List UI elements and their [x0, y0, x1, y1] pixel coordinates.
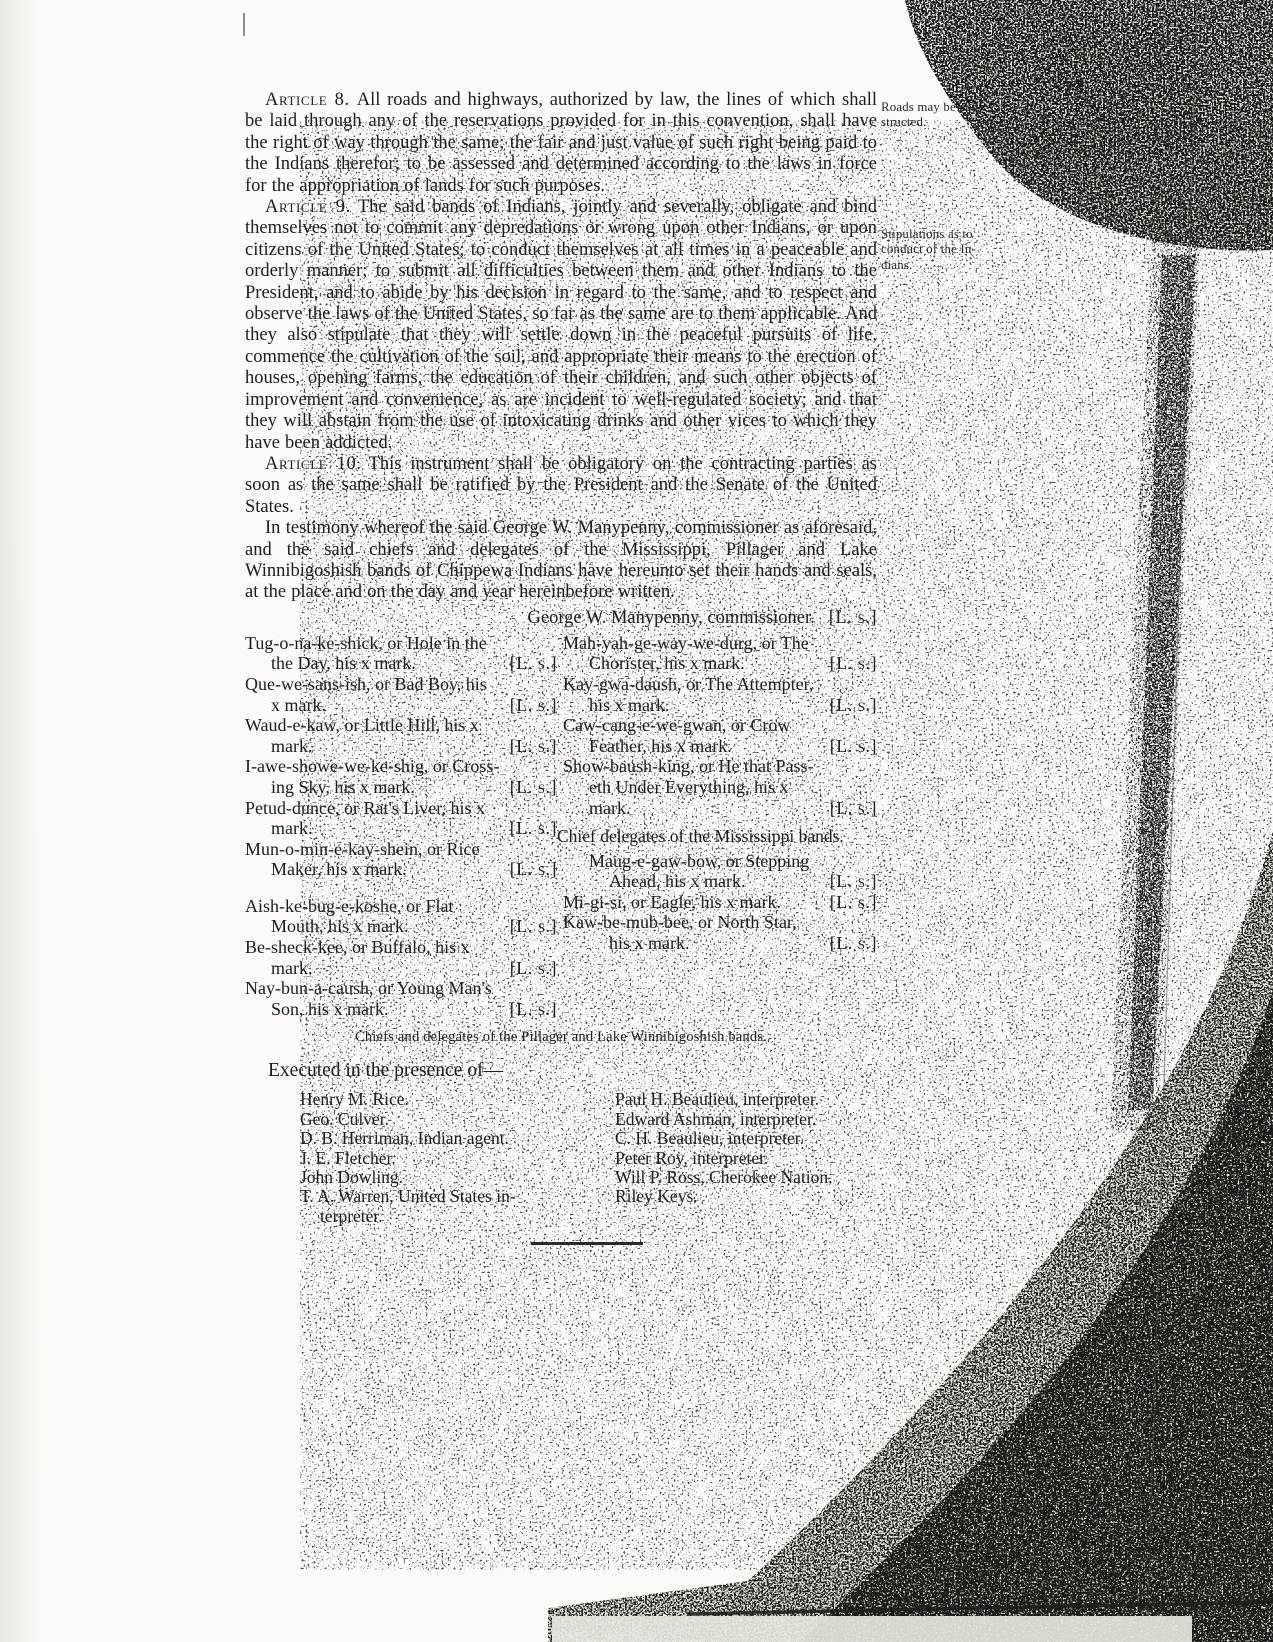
- signature-line: his x mark. [L. s.]: [563, 933, 877, 954]
- commissioner-name: George W. Manypenny, commissioner.: [528, 607, 829, 629]
- signature-line: the Day, his x mark. [L. s.]: [245, 653, 557, 674]
- margin-note-line: dians.: [881, 258, 1027, 273]
- signature-line: ing Sky, his x mark. [L. s.]: [245, 777, 557, 798]
- witness-name: Geo. Culver.: [300, 1109, 389, 1129]
- seal-mark: [L. s.]: [830, 653, 877, 674]
- witness-line: Geo. Culver.: [300, 1110, 615, 1129]
- witness-name: John Dowling.: [300, 1167, 403, 1187]
- signature-line: x mark. [L. s.]: [245, 695, 557, 716]
- signer-name: his x mark.: [609, 933, 690, 954]
- column-gap: [245, 880, 557, 896]
- witness-name: J. E. Fletcher.: [300, 1148, 396, 1168]
- signature-line: mark. [L. s.]: [245, 818, 557, 839]
- witness-line: Paul H. Beaulieu, interpreter.: [615, 1090, 833, 1109]
- signer-name: Waud-e-kaw, or Little Hill, his x: [245, 715, 479, 736]
- section-divider-rule: [531, 1242, 643, 1245]
- margin-note-line: structed.: [881, 115, 1027, 130]
- signature-columns: Tug-o-na-ke-shick, or Hole in the the Da…: [245, 633, 877, 1020]
- signature-line: Mah-yah-ge-way-we-durg, or The: [563, 633, 877, 654]
- signer-name: Que-we-sans-ish, or Bad Boy, his: [245, 674, 487, 695]
- witness-line: D. B. Herriman, Indian agent.: [300, 1129, 615, 1148]
- signature-line: I-awe-showe-we-ke-shig, or Cross-: [245, 756, 557, 777]
- seal-mark: [L. s.]: [510, 695, 557, 716]
- signer-name: Maker, his x mark.: [271, 859, 407, 880]
- witness-line: Peter Roy, interpreter.: [615, 1149, 833, 1168]
- signature-line: Son, his x mark. [L. s.]: [245, 999, 557, 1020]
- main-text-column: Article 8.All roads and highways, author…: [245, 90, 877, 1245]
- signer-name: mark.: [271, 736, 312, 757]
- signature-line: Que-we-sans-ish, or Bad Boy, his: [245, 674, 557, 695]
- signature-line: Aish-ke-bug-e-koshe, or Flat: [245, 896, 557, 917]
- signer-name: Mah-yah-ge-way-we-durg, or The: [563, 633, 809, 654]
- signer-name: Ahead, his x mark.: [609, 871, 745, 892]
- article-paragraph: In testimony whereof the said George W. …: [245, 518, 877, 604]
- scanned-treaty-page: 73 Roads may be con- structed. Stipulati…: [0, 0, 1273, 1642]
- signature-column-left: Tug-o-na-ke-shick, or Hole in the the Da…: [245, 633, 563, 1020]
- witness-name: Will P. Ross, Cherokee Nation.: [615, 1167, 833, 1187]
- signer-name: Kay-gwa-daush, or The Attempter,: [563, 674, 813, 695]
- witness-line: Riley Keys.: [615, 1187, 833, 1206]
- signature-group-mississippi-right: Mah-yah-ge-way-we-durg, or The Chorister…: [563, 633, 877, 818]
- article-text: The said bands of Indians, jointly and s…: [245, 197, 877, 452]
- witness-name: Peter Roy, interpreter.: [615, 1148, 768, 1168]
- witness-name: Paul H. Beaulieu, interpreter.: [615, 1089, 819, 1109]
- seal-mark: [L. s.]: [510, 958, 557, 979]
- signer-name: Mun-o-min-e-kay-shein, or Rice: [245, 839, 479, 860]
- witness-line: Edward Ashman, interpreter.: [615, 1110, 833, 1129]
- witness-line: terpreter.: [300, 1207, 615, 1226]
- witness-name: Henry M. Rice.: [300, 1089, 409, 1109]
- signer-name: mark.: [271, 818, 312, 839]
- seal-mark: [L. s.]: [510, 818, 557, 839]
- signature-line: Show-baush-king, or He that Pass-: [563, 756, 877, 777]
- witness-name: terpreter.: [320, 1206, 383, 1226]
- signer-name: Show-baush-king, or He that Pass-: [563, 756, 813, 777]
- mississippi-bands-caption: Chief delegates of the Mississippi bands…: [557, 826, 877, 847]
- signature-line: Be-sheck-kee, or Buffalo, his x: [245, 937, 557, 958]
- seal-mark: [L. s.]: [830, 871, 877, 892]
- margin-note-stipulations: Stipulations as to conduct of the In- di…: [881, 227, 1027, 273]
- signature-line: mark. [L. s.]: [563, 798, 877, 819]
- signature-line: Petud-dunce, or Rat's Liver, his x: [245, 798, 557, 819]
- witness-line: C. H. Beaulieu, interpreter.: [615, 1129, 833, 1148]
- article-paragraph: Article 9.The said bands of Indians, joi…: [245, 197, 877, 454]
- witness-name: Riley Keys.: [615, 1186, 698, 1206]
- signature-line: Mi-gi-si, or Eagle, his x mark. [L. s.]: [563, 892, 877, 913]
- signer-name: ing Sky, his x mark.: [271, 777, 415, 798]
- signer-name: Nay-bun-a-caush, or Young Man's: [245, 978, 492, 999]
- signature-line: mark. [L. s.]: [245, 736, 557, 757]
- signature-group-mississippi-left: Tug-o-na-ke-shick, or Hole in the the Da…: [245, 633, 557, 880]
- signature-line: Maker, his x mark. [L. s.]: [245, 859, 557, 880]
- article-label: Article 10.: [265, 454, 362, 474]
- page-number: 73: [1061, 75, 1086, 102]
- article-paragraph: Article 10.This instrument shall be obli…: [245, 454, 877, 518]
- seal-mark: [L. s.]: [830, 695, 877, 716]
- witness-columns: Henry M. Rice. Geo. Culver. D. B. Herrim…: [245, 1090, 877, 1226]
- witness-column-right: Paul H. Beaulieu, interpreter. Edward As…: [615, 1090, 833, 1226]
- articles-block: Article 8.All roads and highways, author…: [245, 90, 877, 604]
- seal-mark: [L. s.]: [829, 607, 877, 629]
- signer-name: Mi-gi-si, or Eagle, his x mark.: [563, 892, 781, 913]
- witness-line: J. E. Fletcher.: [300, 1149, 615, 1168]
- signer-name: eth Under Everything, his x: [589, 777, 788, 798]
- signature-line: his x mark. [L. s.]: [563, 695, 877, 716]
- witness-line: John Dowling.: [300, 1168, 615, 1187]
- signer-name: his x mark.: [589, 695, 670, 716]
- signer-name: Tug-o-na-ke-shick, or Hole in the: [245, 633, 487, 654]
- seal-mark: [L. s.]: [510, 736, 557, 757]
- signer-name: Be-sheck-kee, or Buffalo, his x: [245, 937, 470, 958]
- signature-line: Ahead, his x mark. [L. s.]: [563, 871, 877, 892]
- signer-name: Son, his x mark.: [271, 999, 389, 1020]
- signature-group-pillager-right: Maug-e-gaw-bow, or Stepping Ahead, his x…: [563, 851, 877, 954]
- witness-name: C. H. Beaulieu, interpreter.: [615, 1128, 804, 1148]
- signature-line: Tug-o-na-ke-shick, or Hole in the: [245, 633, 557, 654]
- signature-line: Mouth, his x mark. [L. s.]: [245, 916, 557, 937]
- signature-line: Nay-bun-a-caush, or Young Man's: [245, 978, 557, 999]
- seal-mark: [L. s.]: [510, 999, 557, 1020]
- margin-note-line: Roads may be con-: [881, 100, 1027, 115]
- signature-group-pillager-left: Aish-ke-bug-e-koshe, or Flat Mouth, his …: [245, 896, 557, 1020]
- pillager-bands-caption: Chiefs and delegates of the Pillager and…: [245, 1029, 877, 1046]
- signature-line: Waud-e-kaw, or Little Hill, his x: [245, 715, 557, 736]
- witness-column-left: Henry M. Rice. Geo. Culver. D. B. Herrim…: [300, 1090, 615, 1226]
- seal-mark: [L. s.]: [830, 892, 877, 913]
- signer-name: Mouth, his x mark.: [271, 916, 409, 937]
- margin-note-line: Stipulations as to: [881, 227, 1027, 242]
- signature-line: Kaw-be-mub-bee, or North Star,: [563, 912, 877, 933]
- witness-line: Will P. Ross, Cherokee Nation.: [615, 1168, 833, 1187]
- witness-name: Edward Ashman, interpreter.: [615, 1109, 816, 1129]
- signer-name: Petud-dunce, or Rat's Liver, his x: [245, 798, 485, 819]
- seal-mark: [L. s.]: [830, 798, 877, 819]
- signature-line: eth Under Everything, his x: [563, 777, 877, 798]
- signer-name: Kaw-be-mub-bee, or North Star,: [563, 912, 797, 933]
- seal-mark: [L. s.]: [830, 933, 877, 954]
- article-label: Article 8.: [265, 90, 350, 110]
- signer-name: Maug-e-gaw-bow, or Stepping: [589, 851, 809, 872]
- margin-note-line: conduct of the In-: [881, 242, 1027, 257]
- witness-line: Henry M. Rice.: [300, 1090, 615, 1109]
- signer-name: I-awe-showe-we-ke-shig, or Cross-: [245, 756, 499, 777]
- witness-name: T. A. Warren, United States in-: [300, 1186, 516, 1206]
- signer-name: Aish-ke-bug-e-koshe, or Flat: [245, 896, 453, 917]
- signature-line: Feather, his x mark. [L. s.]: [563, 736, 877, 757]
- signature-column-right: Mah-yah-ge-way-we-durg, or The Chorister…: [563, 633, 877, 1020]
- article-label: Article 9.: [265, 197, 351, 217]
- witness-line: T. A. Warren, United States in-: [300, 1187, 615, 1206]
- seal-mark: [L. s.]: [510, 653, 557, 674]
- signature-line: Chorister, his x mark. [L. s.]: [563, 653, 877, 674]
- article-paragraph: Article 8.All roads and highways, author…: [245, 90, 877, 197]
- executed-heading: Executed in the presence of—: [268, 1060, 877, 1082]
- article-text: In testimony whereof the said George W. …: [245, 518, 877, 602]
- seal-mark: [L. s.]: [830, 736, 877, 757]
- signer-name: mark.: [589, 798, 630, 819]
- seal-mark: [L. s.]: [510, 859, 557, 880]
- signature-line: mark. [L. s.]: [245, 958, 557, 979]
- seal-mark: [L. s.]: [510, 916, 557, 937]
- signer-name: the Day, his x mark.: [271, 653, 416, 674]
- witness-name: D. B. Herriman, Indian agent.: [300, 1128, 509, 1148]
- signer-name: Feather, his x mark.: [589, 736, 732, 757]
- seal-mark: [L. s.]: [510, 777, 557, 798]
- signer-name: Chorister, his x mark.: [589, 653, 745, 674]
- commissioner-signature-line: George W. Manypenny, commissioner. [L. s…: [245, 607, 877, 629]
- signature-line: Maug-e-gaw-bow, or Stepping: [563, 851, 877, 872]
- signer-name: mark.: [271, 958, 312, 979]
- signature-line: Mun-o-min-e-kay-shein, or Rice: [245, 839, 557, 860]
- signer-name: x mark.: [271, 695, 326, 716]
- signature-line: Kay-gwa-daush, or The Attempter,: [563, 674, 877, 695]
- margin-note-roads: Roads may be con- structed.: [881, 100, 1027, 131]
- signature-line: Caw-cang-e-we-gwan, or Crow: [563, 715, 877, 736]
- signer-name: Caw-cang-e-we-gwan, or Crow: [563, 715, 790, 736]
